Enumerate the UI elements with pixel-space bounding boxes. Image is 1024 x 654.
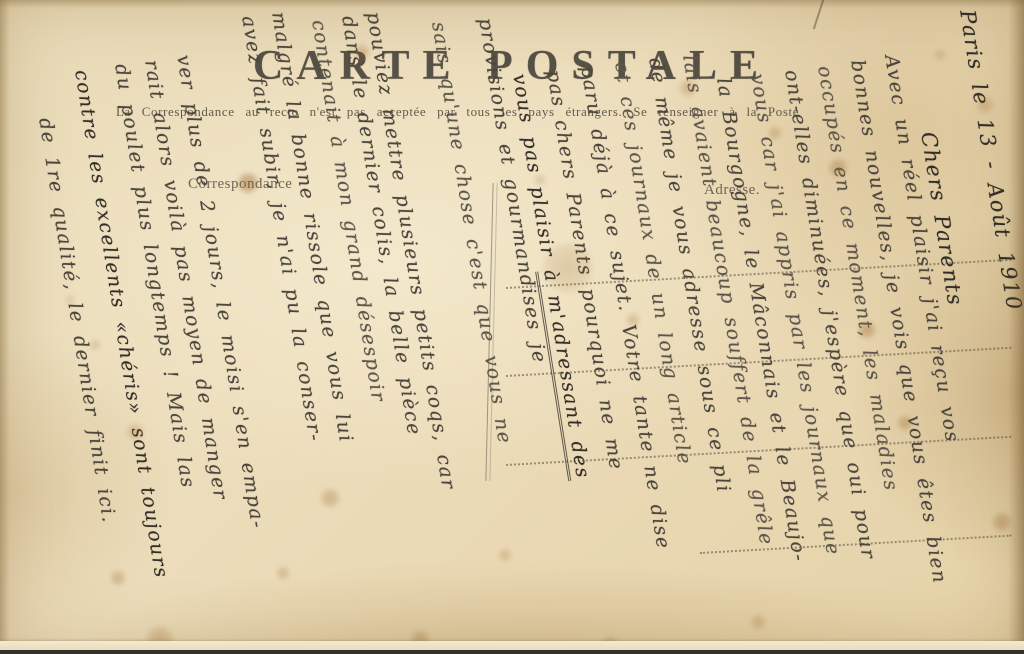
foxing-stain [828, 158, 848, 178]
address-dotted-line [506, 347, 1011, 377]
foxing-stain [110, 570, 126, 586]
foxing-stain [542, 242, 594, 294]
address-dotted-line [700, 535, 1012, 554]
postcard-title: CARTE POSTALE [0, 42, 1024, 90]
foxing-stain [679, 79, 697, 97]
handwriting-line: occupés en ce moment, les maladies [813, 64, 902, 493]
foxing-stain [237, 172, 259, 194]
foxing-stain [626, 313, 640, 327]
foxing-stain [768, 126, 782, 140]
handwriting-line: rait alors voilà pas moyen de manger [140, 58, 231, 502]
handwriting-line: la Bourgogne, le Mâconnais et le Beaujo- [712, 76, 810, 564]
handwriting-line: contre les excellents «chéris» sont touj… [70, 68, 172, 580]
handwriting-line: du poulet plus longtemps ! Mais las [110, 62, 199, 490]
address-label: Adresse. [704, 182, 760, 199]
postcard-back: CARTE POSTALE La Correspondance au recto… [0, 0, 1024, 654]
handwriting-line: ver plus de 2 jours, le moisi s'en empa- [172, 53, 269, 530]
foxing-stain [276, 566, 290, 580]
handwriting-line: de 1re qualité, le dernier finit ici. [34, 116, 120, 525]
foxing-stain [934, 49, 946, 61]
handwriting-line: lais avaient beaucoup souffert de la grê… [678, 53, 777, 547]
foxing-stain [354, 44, 370, 60]
handwriting-line: et ces journaux de un long article [610, 60, 696, 467]
handwriting-line: vous car j'ai appris par les journaux qu… [746, 72, 844, 557]
foxing-stain [534, 174, 546, 186]
foxing-stain [858, 321, 876, 339]
scan-background-bottom [0, 650, 1024, 654]
card-edge-bottom [0, 641, 1024, 650]
foxing-stain [65, 295, 75, 305]
foxing-stain [976, 96, 994, 114]
address-dotted-line [506, 436, 1011, 466]
postcard-notice: La Correspondance au recto n'est pas acc… [116, 104, 876, 120]
foxing-stain [750, 614, 766, 630]
center-divider-line [485, 183, 497, 481]
card-edge-top [0, 0, 1024, 8]
handwriting-line: ont-elles diminuées, j'espère que oui po… [780, 68, 879, 561]
foxing-stain [897, 415, 913, 431]
foxing-stain [126, 423, 144, 441]
handwriting-line: paru déjà à ce sujet. Votre tante ne dis… [576, 64, 674, 551]
foxing-stain [320, 488, 340, 508]
foxing-stain [498, 548, 512, 562]
card-edge-left [0, 0, 10, 654]
handwriting-line: Chers Parents [916, 130, 967, 308]
foxing-stain [89, 339, 101, 351]
handwriting-line: Avec un réel plaisir j'ai reçu vos [880, 53, 963, 444]
card-edge-right [1008, 0, 1024, 654]
